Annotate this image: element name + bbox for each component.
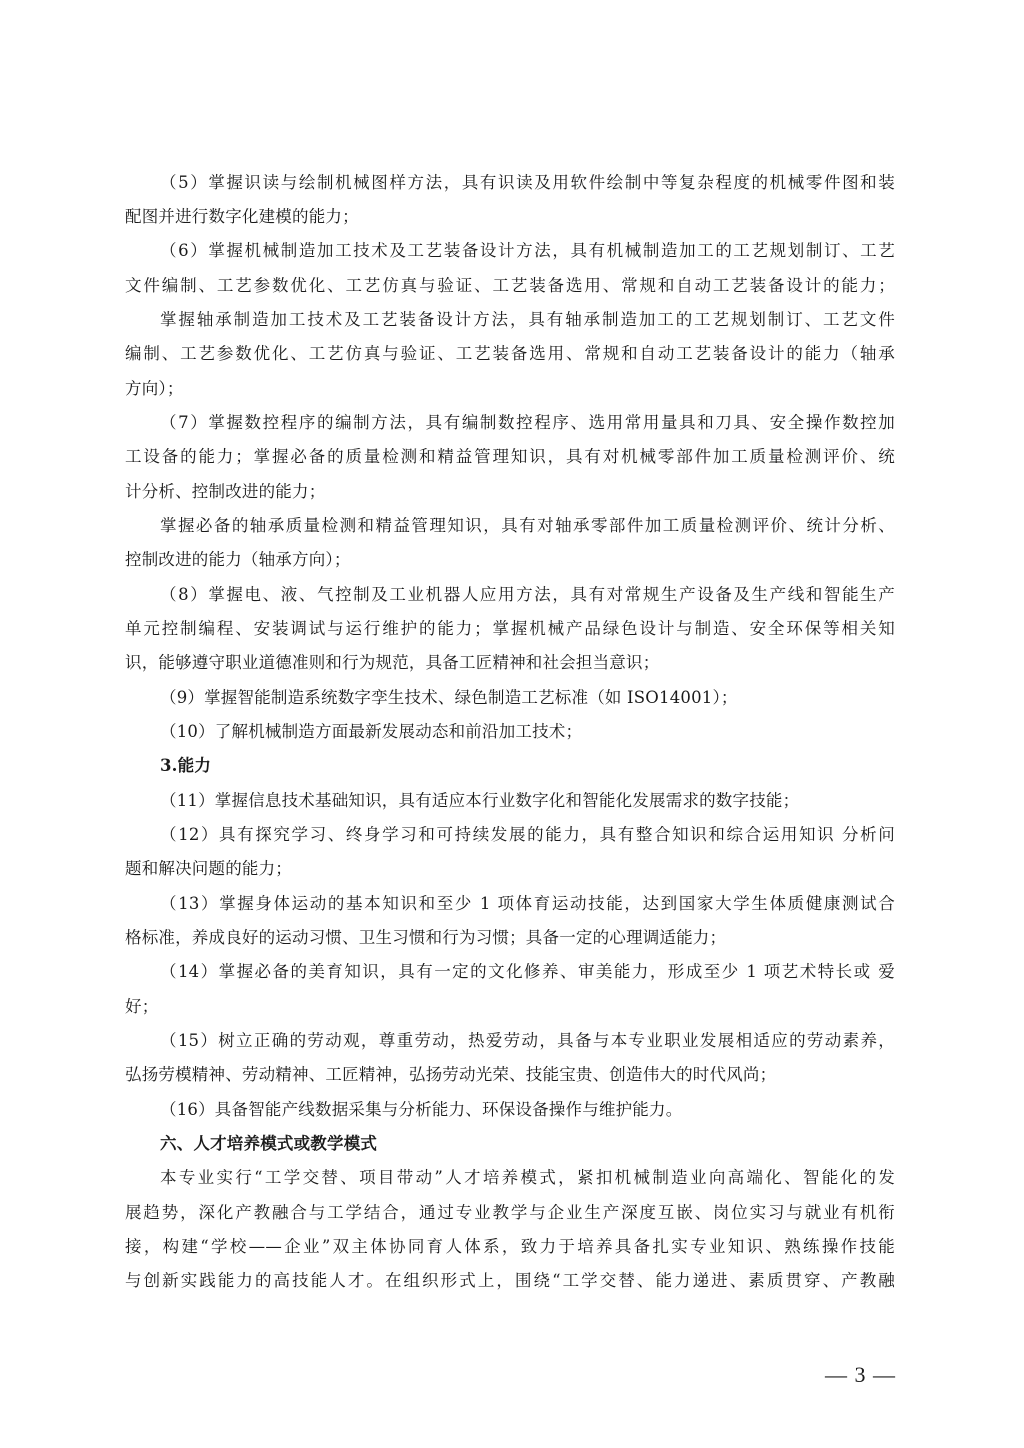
text-line: 计分析、控制改进的能力；: [125, 481, 895, 503]
text-line: 配图并进行数字化建模的能力；: [125, 206, 895, 228]
text-line: （12）具有探究学习、终身学习和可持续发展的能力，具有整合知识和综合运用知识 分…: [160, 824, 895, 846]
text-line: （16）具备智能产线数据采集与分析能力、环保设备操作与维护能力。: [160, 1099, 895, 1121]
text-line: 识，能够遵守职业道德准则和行为规范，具备工匠精神和社会担当意识；: [125, 652, 895, 674]
text-line: 好；: [125, 996, 895, 1018]
text-line: 控制改进的能力（轴承方向）；: [125, 549, 895, 571]
text-line: （14）掌握必备的美育知识，具有一定的文化修养、审美能力，形成至少 1 项艺术特…: [160, 961, 895, 983]
text-line: （5）掌握识读与绘制机械图样方法，具有识读及用软件绘制中等复杂程度的机械零件图和…: [160, 172, 895, 194]
page-number: — 3 —: [825, 1362, 896, 1388]
text-line: （11）掌握信息技术基础知识，具有适应本行业数字化和智能化发展需求的数字技能；: [160, 790, 895, 812]
text-line: 接，构建“学校——企业”双主体协同育人体系，致力于培养具备扎实专业知识、熟练操作…: [125, 1236, 895, 1258]
text-line: 单元控制编程、安装调试与运行维护的能力；掌握机械产品绿色设计与制造、安全环保等相…: [125, 618, 895, 640]
text-line: 与创新实践能力的高技能人才。在组织形式上，围绕“工学交替、能力递进、素质贯穿、产…: [125, 1270, 895, 1292]
text-line: 展趋势，深化产教融合与工学结合，通过专业教学与企业生产深度互嵌、岗位实习与就业有…: [125, 1202, 895, 1224]
text-line: 工设备的能力；掌握必备的质量检测和精益管理知识，具有对机械零部件加工质量检测评价…: [125, 446, 895, 468]
section-heading: 3.能力: [160, 755, 895, 777]
text-line: 本专业实行“工学交替、项目带动”人才培养模式，紧扣机械制造业向高端化、智能化的发: [160, 1167, 895, 1189]
text-line: （6）掌握机械制造加工技术及工艺装备设计方法，具有机械制造加工的工艺规划制订、工…: [160, 240, 895, 262]
text-line: （8）掌握电、液、气控制及工业机器人应用方法，具有对常规生产设备及生产线和智能生…: [160, 584, 895, 606]
text-line: （7）掌握数控程序的编制方法，具有编制数控程序、选用常用量具和刀具、安全操作数控…: [160, 412, 895, 434]
text-line: 格标准，养成良好的运动习惯、卫生习惯和行为习惯；具备一定的心理调适能力；: [125, 927, 895, 949]
text-line: （10）了解机械制造方面最新发展动态和前沿加工技术；: [160, 721, 895, 743]
text-line: 掌握必备的轴承质量检测和精益管理知识，具有对轴承零部件加工质量检测评价、统计分析…: [160, 515, 895, 537]
text-line: （15）树立正确的劳动观，尊重劳动，热爱劳动，具备与本专业职业发展相适应的劳动素…: [160, 1030, 895, 1052]
text-line: （9）掌握智能制造系统数字孪生技术、绿色制造工艺标准（如 ISO14001）；: [160, 687, 895, 709]
document-page: （5）掌握识读与绘制机械图样方法，具有识读及用软件绘制中等复杂程度的机械零件图和…: [0, 0, 1024, 1448]
text-line: 编制、工艺参数优化、工艺仿真与验证、工艺装备选用、常规和自动工艺装备设计的能力（…: [125, 343, 895, 365]
text-line: 题和解决问题的能力；: [125, 858, 895, 880]
section-heading: 六、人才培养模式或教学模式: [160, 1133, 895, 1155]
text-line: （13）掌握身体运动的基本知识和至少 1 项体育运动技能，达到国家大学生体质健康…: [160, 893, 895, 915]
text-line: 文件编制、工艺参数优化、工艺仿真与验证、工艺装备选用、常规和自动工艺装备设计的能…: [125, 275, 895, 297]
text-line: 方向）；: [125, 378, 895, 400]
text-line: 弘扬劳模精神、劳动精神、工匠精神，弘扬劳动光荣、技能宝贵、创造伟大的时代风尚；: [125, 1064, 895, 1086]
text-line: 掌握轴承制造加工技术及工艺装备设计方法，具有轴承制造加工的工艺规划制订、工艺文件: [160, 309, 895, 331]
